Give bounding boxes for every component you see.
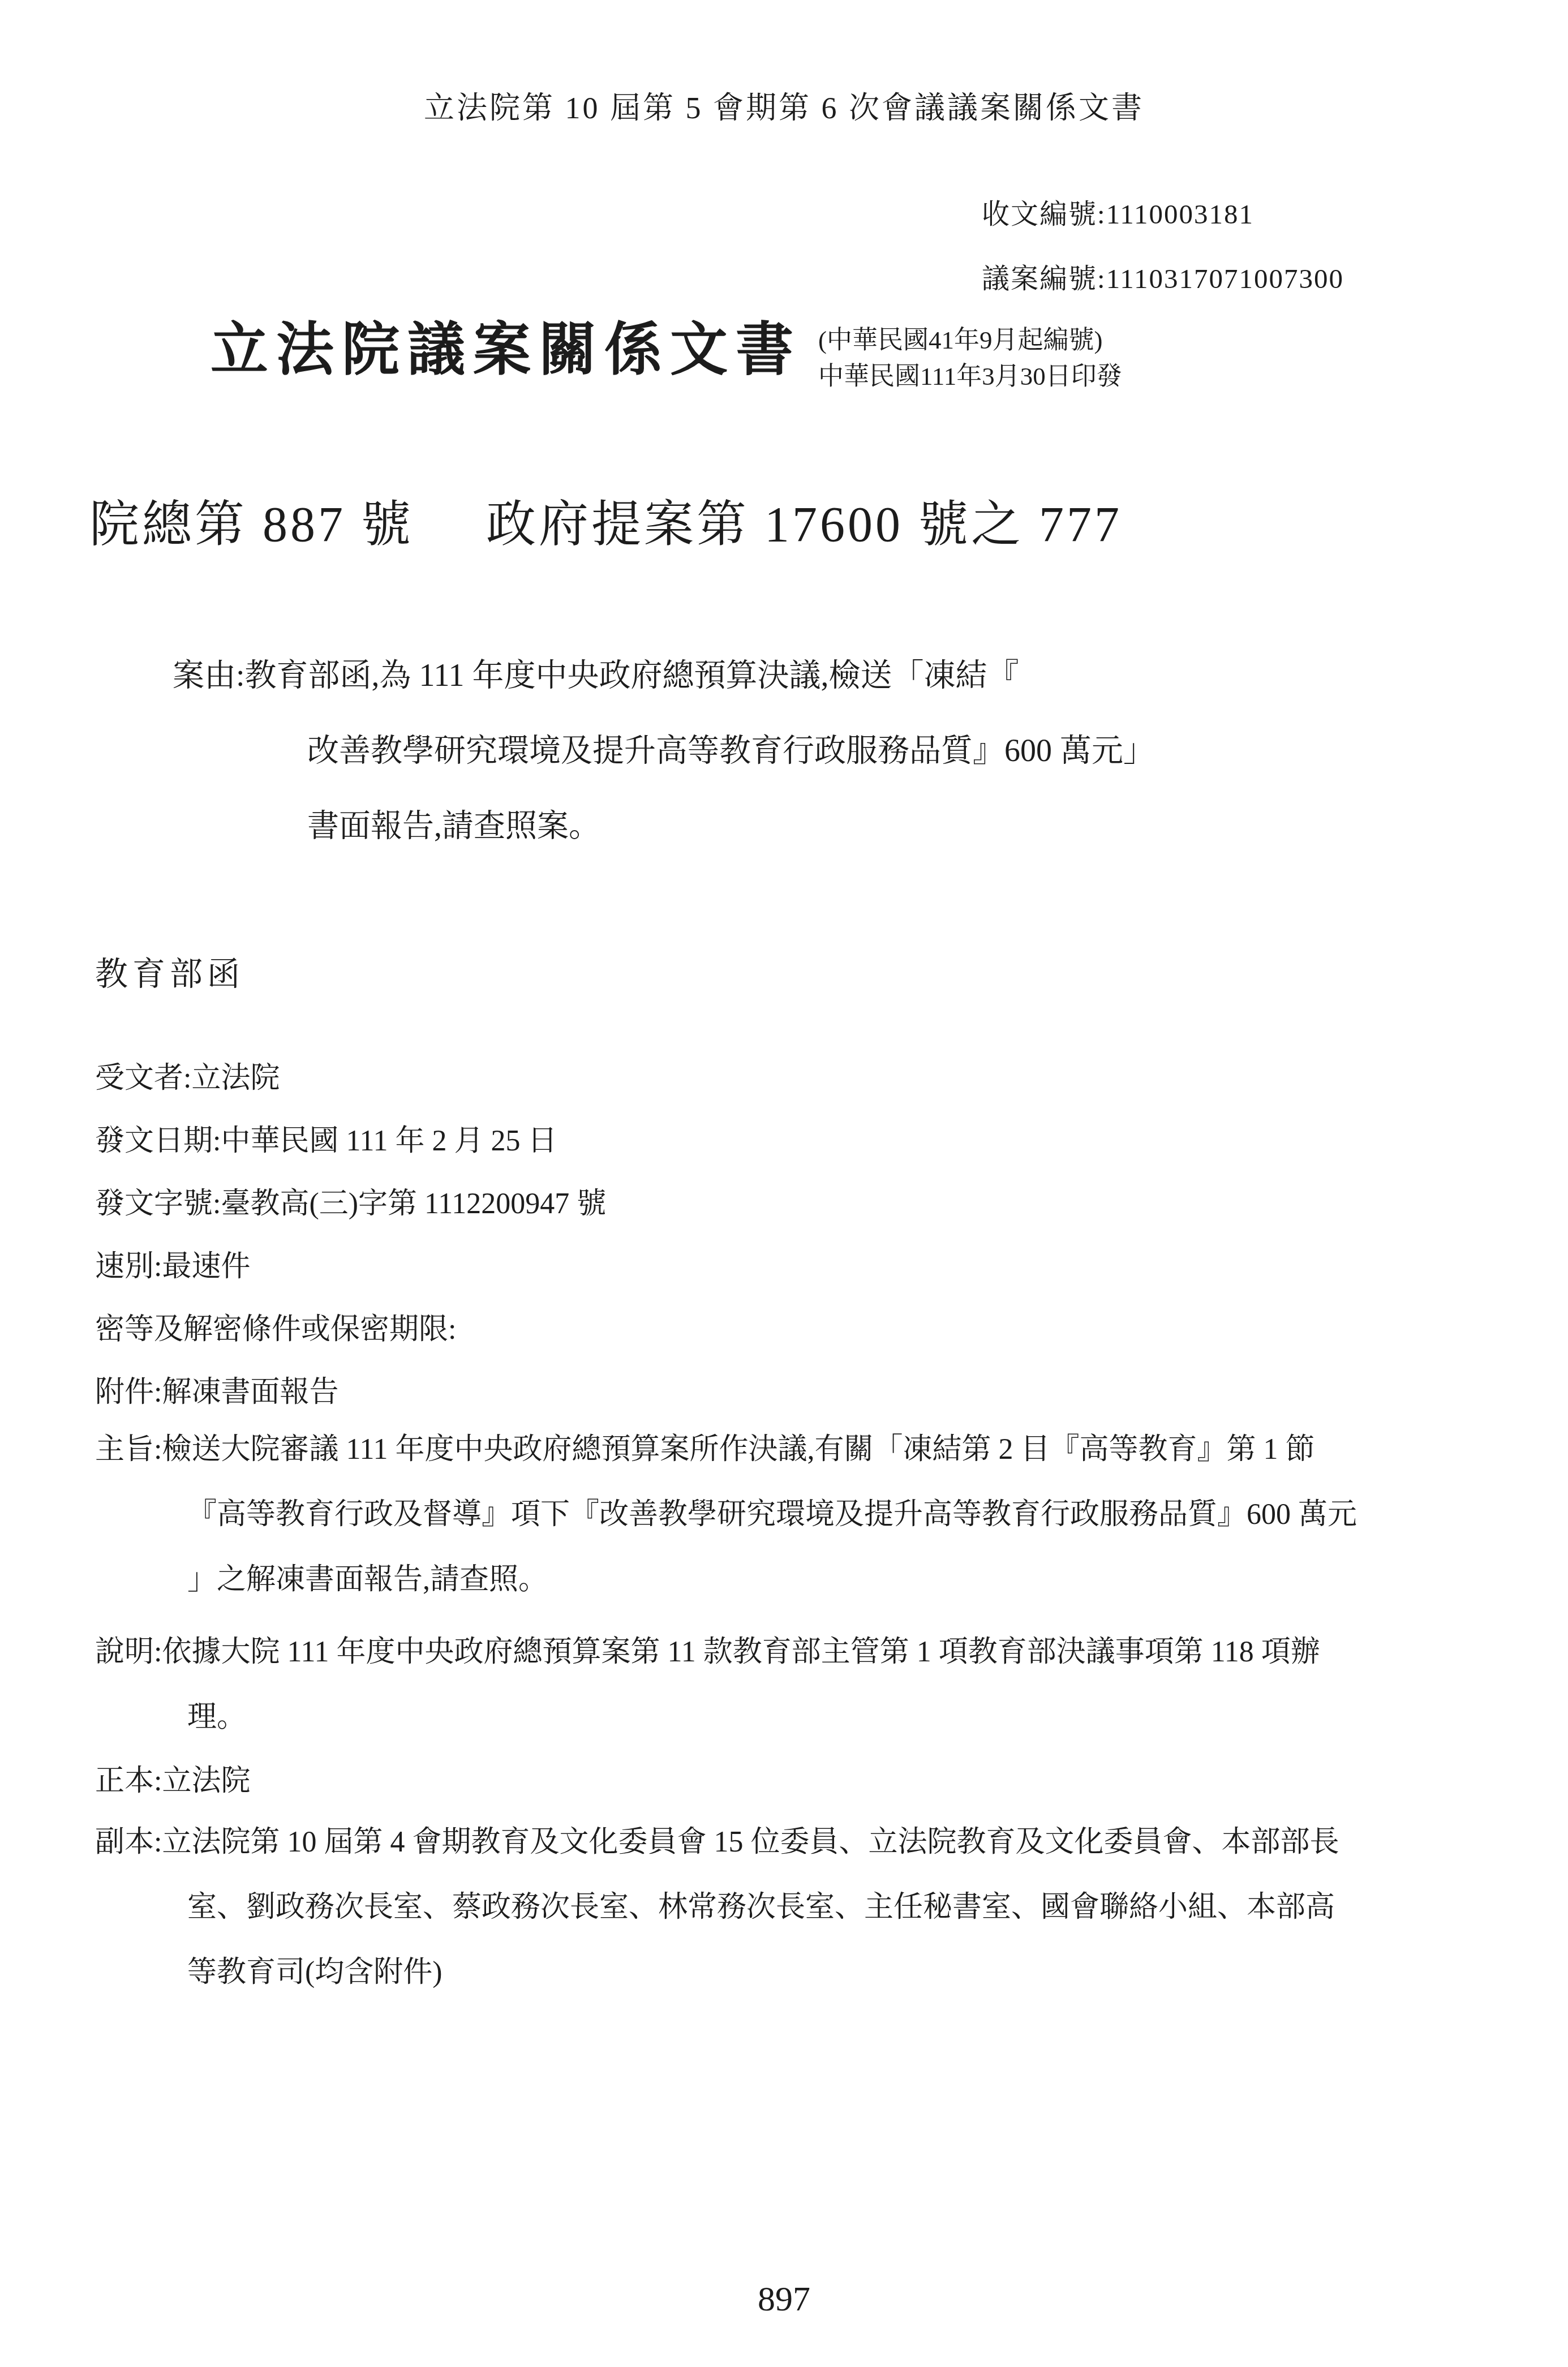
receipt-number-label: 收文編號:: [982, 199, 1106, 230]
page-number: 897: [0, 2279, 1568, 2319]
title-notes: (中華民國41年9月起編號) 中華民國111年3月30日印發: [818, 322, 1122, 394]
ministry-letter-heading: 教育部函: [95, 946, 244, 1003]
original-copy-value: 立法院: [162, 1765, 250, 1797]
subject-label: 主旨:: [95, 1433, 162, 1466]
issue-date-line: 發文日期:中華民國 111 年 2 月 25 日: [95, 1110, 606, 1172]
carbon-copy-line: 等教育司(均含附件): [187, 1940, 1339, 2005]
document-page: 立法院第 10 屆第 5 會期第 6 次會議議案關係文書 收文編號:111000…: [0, 0, 1568, 2367]
case-summary-line: 書面報告,請查照案。: [307, 789, 1155, 864]
issue-number-label: 發文字號:: [95, 1188, 221, 1220]
subject-line: 」之解凍書面報告,請查照。: [187, 1547, 1357, 1612]
document-title: 立法院議案關係文書: [211, 303, 801, 399]
case-summary-line: 改善教學研究環境及提升高等教育行政服務品質』600 萬元」: [307, 714, 1155, 789]
meeting-header: 立法院第 10 屆第 5 會期第 6 次會議議案關係文書: [0, 84, 1568, 127]
original-copy-line: 正本:立法院: [95, 1749, 250, 1814]
receipt-number-line: 收文編號:1110003181: [982, 182, 1344, 247]
case-summary-line: 教育部函,為 111 年度中央政府總預算決議,檢送「凍結『: [245, 658, 1019, 693]
bill-number-value: 1110317071007300: [1106, 263, 1344, 294]
subject-row-1: 主旨:檢送大院審議 111 年度中央政府總預算案所作決議,有關「凍結第 2 目『…: [95, 1417, 1357, 1482]
issue-number-line: 發文字號:臺教高(三)字第 1112200947 號: [95, 1172, 606, 1235]
masthead: 立法院議案關係文書 (中華民國41年9月起編號) 中華民國111年3月30日印發: [211, 303, 1122, 399]
original-copy-label: 正本:: [95, 1765, 162, 1797]
original-copy-section: 正本:立法院: [95, 1749, 250, 1814]
explanation-label: 說明:: [95, 1636, 162, 1668]
issue-date-label: 發文日期:: [95, 1125, 221, 1157]
title-note-print-date: 中華民國111年3月30日印發: [818, 358, 1122, 394]
carbon-copy-section: 副本:立法院第 10 屆第 4 會期教育及文化委員會 15 位委員、立法院教育及…: [95, 1810, 1339, 2005]
subject-line: 檢送大院審議 111 年度中央政府總預算案所作決議,有關「凍結第 2 目『高等教…: [162, 1433, 1314, 1466]
case-summary-row-1: 案由:教育部函,為 111 年度中央政府總預算決議,檢送「凍結『: [173, 638, 1155, 714]
carbon-copy-label: 副本:: [95, 1826, 162, 1858]
explanation-section: 說明:依據大院 111 年度中央政府總預算案第 11 款教育部主管第 1 項教育…: [95, 1619, 1320, 1750]
carbon-copy-line: 立法院第 10 屆第 4 會期教育及文化委員會 15 位委員、立法院教育及文化委…: [162, 1826, 1339, 1858]
government-proposal-number: 政府提案第 17600 號之 777: [486, 480, 1122, 570]
attachment-value: 解凍書面報告: [162, 1376, 338, 1408]
recipient-label: 受文者:: [95, 1062, 191, 1094]
explanation-line: 依據大院 111 年度中央政府總預算案第 11 款教育部主管第 1 項教育部決議…: [162, 1636, 1320, 1668]
recipient-value: 立法院: [191, 1062, 280, 1094]
bill-number-label: 議案編號:: [982, 263, 1106, 294]
receipt-number-value: 1110003181: [1106, 199, 1254, 230]
case-summary-section: 案由:教育部函,為 111 年度中央政府總預算決議,檢送「凍結『 改善教學研究環…: [173, 638, 1155, 864]
carbon-copy-line: 室、劉政務次長室、蔡政務次長室、林常務次長室、主任秘書室、國會聯絡小組、本部高: [187, 1875, 1339, 1940]
document-numbers: 收文編號:1110003181 議案編號:1110317071007300: [982, 182, 1344, 311]
yuan-case-number: 院總第 887 號: [89, 480, 414, 570]
speed-value: 最速件: [162, 1251, 250, 1283]
secrecy-label: 密等及解密條件或保密期限:: [95, 1313, 456, 1346]
explanation-line: 理。: [187, 1685, 1320, 1750]
subject-section: 主旨:檢送大院審議 111 年度中央政府總預算案所作決議,有關「凍結第 2 目『…: [95, 1417, 1357, 1612]
carbon-copy-row-1: 副本:立法院第 10 屆第 4 會期教育及文化委員會 15 位委員、立法院教育及…: [95, 1810, 1339, 1875]
letter-metadata: 受文者:立法院 發文日期:中華民國 111 年 2 月 25 日 發文字號:臺教…: [95, 1047, 606, 1424]
explanation-row-1: 說明:依據大院 111 年度中央政府總預算案第 11 款教育部主管第 1 項教育…: [95, 1619, 1320, 1685]
bill-number-line: 議案編號:1110317071007300: [982, 247, 1344, 311]
attachment-label: 附件:: [95, 1376, 162, 1408]
speed-label: 速別:: [95, 1251, 162, 1283]
attachment-line: 附件:解凍書面報告: [95, 1361, 606, 1424]
issue-number-value: 臺教高(三)字第 1112200947 號: [221, 1188, 606, 1220]
speed-line: 速別:最速件: [95, 1235, 606, 1298]
secrecy-line: 密等及解密條件或保密期限:: [95, 1298, 606, 1361]
subject-line: 『高等教育行政及督導』項下『改善教學研究環境及提升高等教育行政服務品質』600 …: [187, 1482, 1357, 1547]
title-note-numbering: (中華民國41年9月起編號): [818, 322, 1122, 358]
case-number-row: 院總第 887 號 政府提案第 17600 號之 777: [89, 480, 1122, 570]
recipient-line: 受文者:立法院: [95, 1047, 606, 1110]
case-summary-label: 案由:: [173, 658, 245, 693]
issue-date-value: 中華民國 111 年 2 月 25 日: [221, 1125, 557, 1157]
